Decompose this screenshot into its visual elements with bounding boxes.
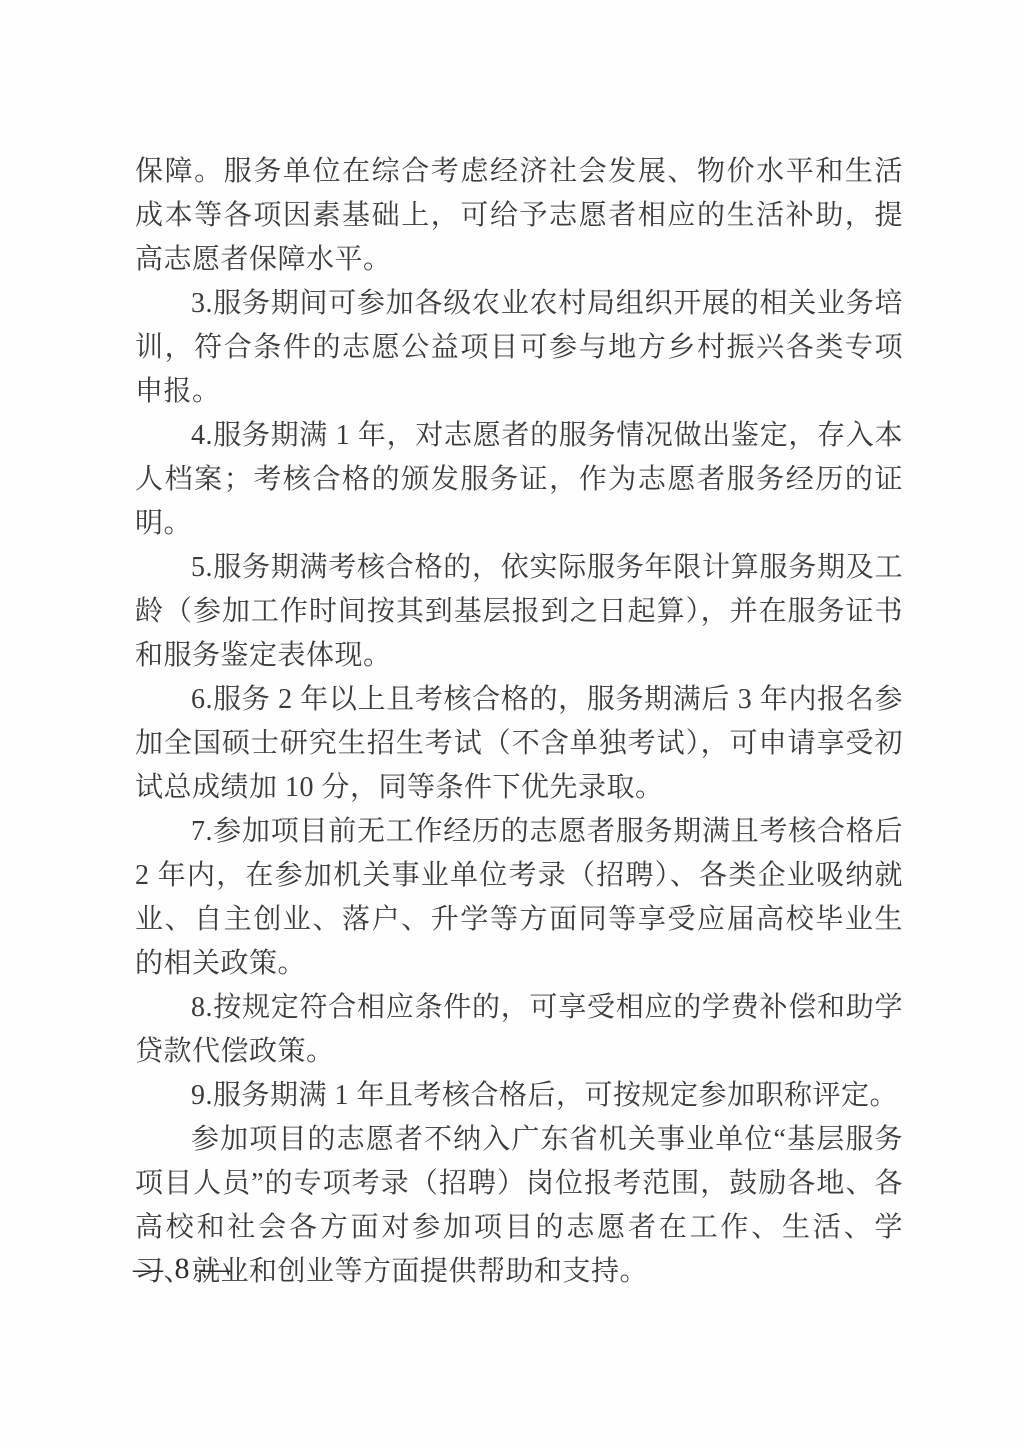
paragraph-clause-7: 7.参加项目前无工作经历的志愿者服务期满且考核合格后 2 年内，在参加机关事业单… [135, 810, 903, 986]
paragraph-clause-9: 9.服务期满 1 年且考核合格后，可按规定参加职称评定。 [135, 1074, 903, 1118]
paragraph-continuation: 保障。服务单位在综合考虑经济社会发展、物价水平和生活成本等各项因素基础上，可给予… [135, 150, 903, 282]
page-number: — 8 — [133, 1252, 233, 1286]
paragraph-clause-3: 3.服务期间可参加各级农业农村局组织开展的相关业务培训，符合条件的志愿公益项目可… [135, 282, 903, 414]
paragraph-closing: 参加项目的志愿者不纳入广东省机关事业单位“基层服务项目人员”的专项考录（招聘）岗… [135, 1118, 903, 1294]
paragraph-clause-6: 6.服务 2 年以上且考核合格的，服务期满后 3 年内报名参加全国硕士研究生招生… [135, 678, 903, 810]
document-body: 保障。服务单位在综合考虑经济社会发展、物价水平和生活成本等各项因素基础上，可给予… [135, 150, 903, 1294]
paragraph-clause-5: 5.服务期满考核合格的，依实际服务年限计算服务期及工龄（参加工作时间按其到基层报… [135, 546, 903, 678]
paragraph-clause-8: 8.按规定符合相应条件的，可享受相应的学费补偿和助学贷款代偿政策。 [135, 986, 903, 1074]
document-page: 保障。服务单位在综合考虑经济社会发展、物价水平和生活成本等各项因素基础上，可给予… [0, 0, 1024, 1448]
paragraph-clause-4: 4.服务期满 1 年，对志愿者的服务情况做出鉴定，存入本人档案；考核合格的颁发服… [135, 414, 903, 546]
